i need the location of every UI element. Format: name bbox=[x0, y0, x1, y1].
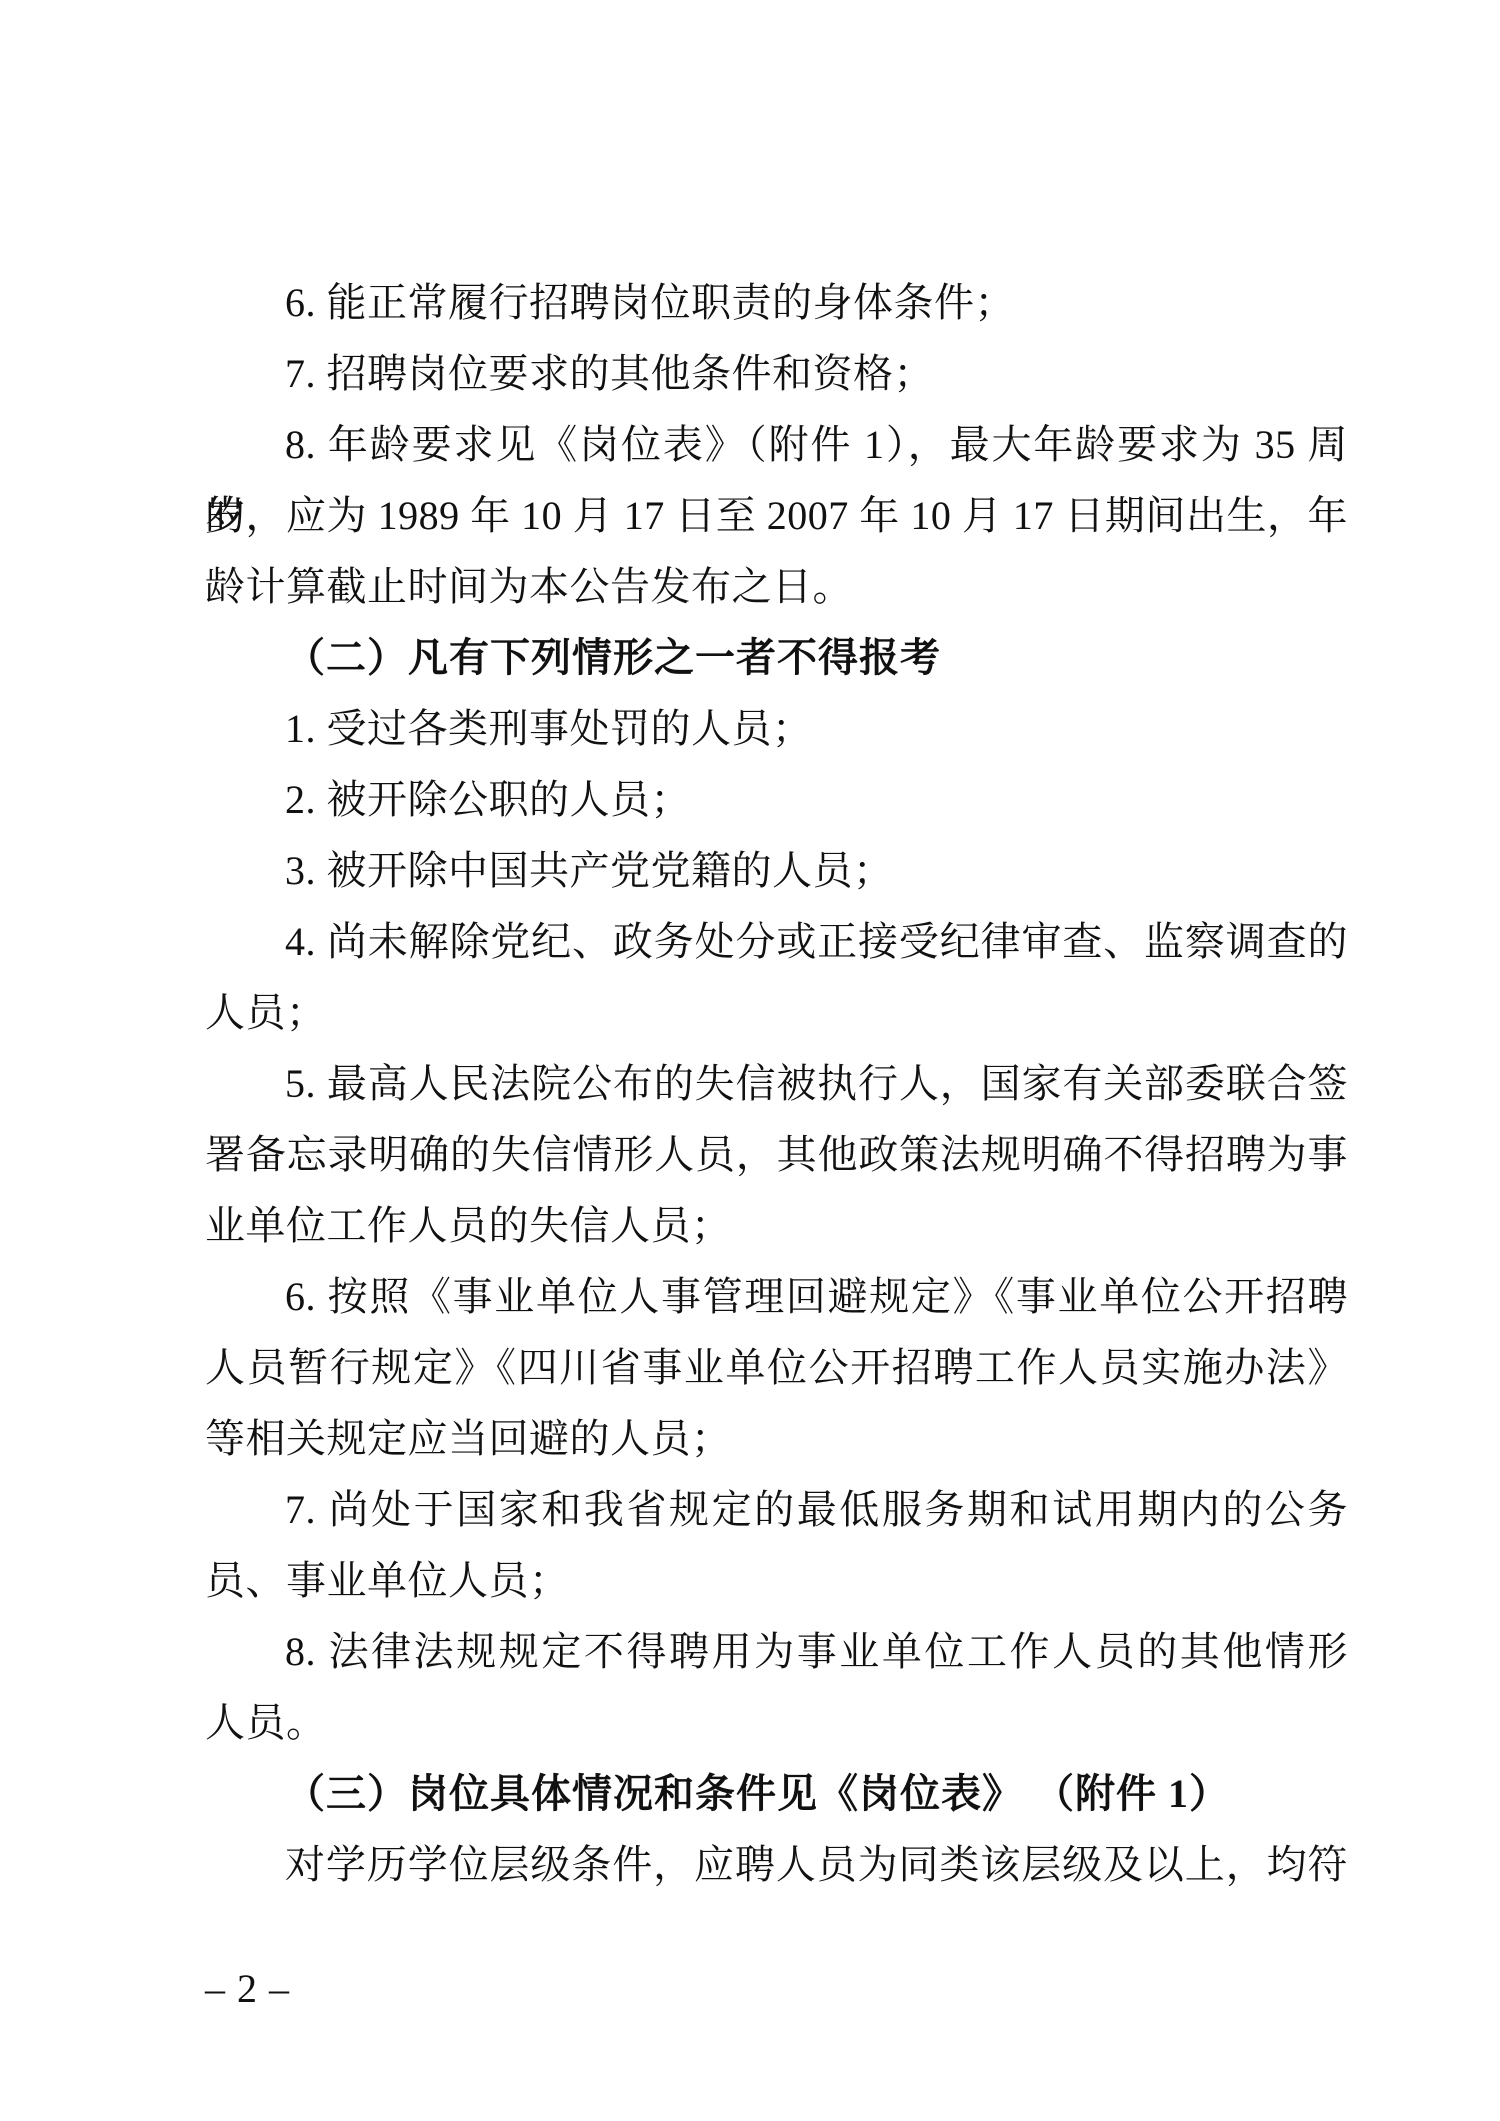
exclusion-item-5-line-3: 业单位工作人员的失信人员； bbox=[205, 1190, 1348, 1261]
exclusion-item-5-line-2: 署备忘录明确的失信情形人员，其他政策法规明确不得招聘为事 bbox=[205, 1119, 1348, 1190]
condition-item-8-line-2: 的，应为 1989 年 10 月 17 日至 2007 年 10 月 17 日期… bbox=[205, 480, 1348, 551]
exclusion-item-5-line-1: 5. 最高人民法院公布的失信被执行人，国家有关部委联合签 bbox=[205, 1048, 1348, 1119]
exclusion-item-6-line-3: 等相关规定应当回避的人员； bbox=[205, 1403, 1348, 1474]
document-page: 6. 能正常履行招聘岗位职责的身体条件； 7. 招聘岗位要求的其他条件和资格； … bbox=[0, 0, 1500, 2121]
exclusion-item-8-line-2: 人员。 bbox=[205, 1687, 1348, 1758]
condition-item-8-line-3: 龄计算截止时间为本公告发布之日。 bbox=[205, 551, 1348, 622]
document-text-block: 6. 能正常履行招聘岗位职责的身体条件； 7. 招聘岗位要求的其他条件和资格； … bbox=[205, 267, 1348, 1900]
exclusion-item-4-line-1: 4. 尚未解除党纪、政务处分或正接受纪律审查、监察调查的 bbox=[205, 906, 1348, 977]
exclusion-item-7-line-1: 7. 尚处于国家和我省规定的最低服务期和试用期内的公务 bbox=[205, 1474, 1348, 1545]
section-heading-2: （二）凡有下列情形之一者不得报考 bbox=[205, 622, 1348, 693]
exclusion-item-1: 1. 受过各类刑事处罚的人员； bbox=[205, 693, 1348, 764]
condition-item-7: 7. 招聘岗位要求的其他条件和资格； bbox=[205, 338, 1348, 409]
exclusion-item-2: 2. 被开除公职的人员； bbox=[205, 764, 1348, 835]
exclusion-item-7-line-2: 员、事业单位人员； bbox=[205, 1545, 1348, 1616]
exclusion-item-8-line-1: 8. 法律法规规定不得聘用为事业单位工作人员的其他情形 bbox=[205, 1616, 1348, 1687]
condition-item-6: 6. 能正常履行招聘岗位职责的身体条件； bbox=[205, 267, 1348, 338]
page-number: – 2 – bbox=[205, 1965, 290, 2012]
qualification-paragraph-line-1: 对学历学位层级条件，应聘人员为同类该层级及以上，均符 bbox=[205, 1829, 1348, 1900]
exclusion-item-6-line-1: 6. 按照《事业单位人事管理回避规定》《事业单位公开招聘 bbox=[205, 1261, 1348, 1332]
exclusion-item-4-line-2: 人员； bbox=[205, 977, 1348, 1048]
exclusion-item-3: 3. 被开除中国共产党党籍的人员； bbox=[205, 835, 1348, 906]
condition-item-8-line-1: 8. 年龄要求见《岗位表》（附件 1），最大年龄要求为 35 周岁 bbox=[205, 409, 1348, 480]
exclusion-item-6-line-2: 人员暂行规定》《四川省事业单位公开招聘工作人员实施办法》 bbox=[205, 1332, 1348, 1403]
section-heading-3: （三）岗位具体情况和条件见《岗位表》 （附件 1） bbox=[205, 1758, 1348, 1829]
